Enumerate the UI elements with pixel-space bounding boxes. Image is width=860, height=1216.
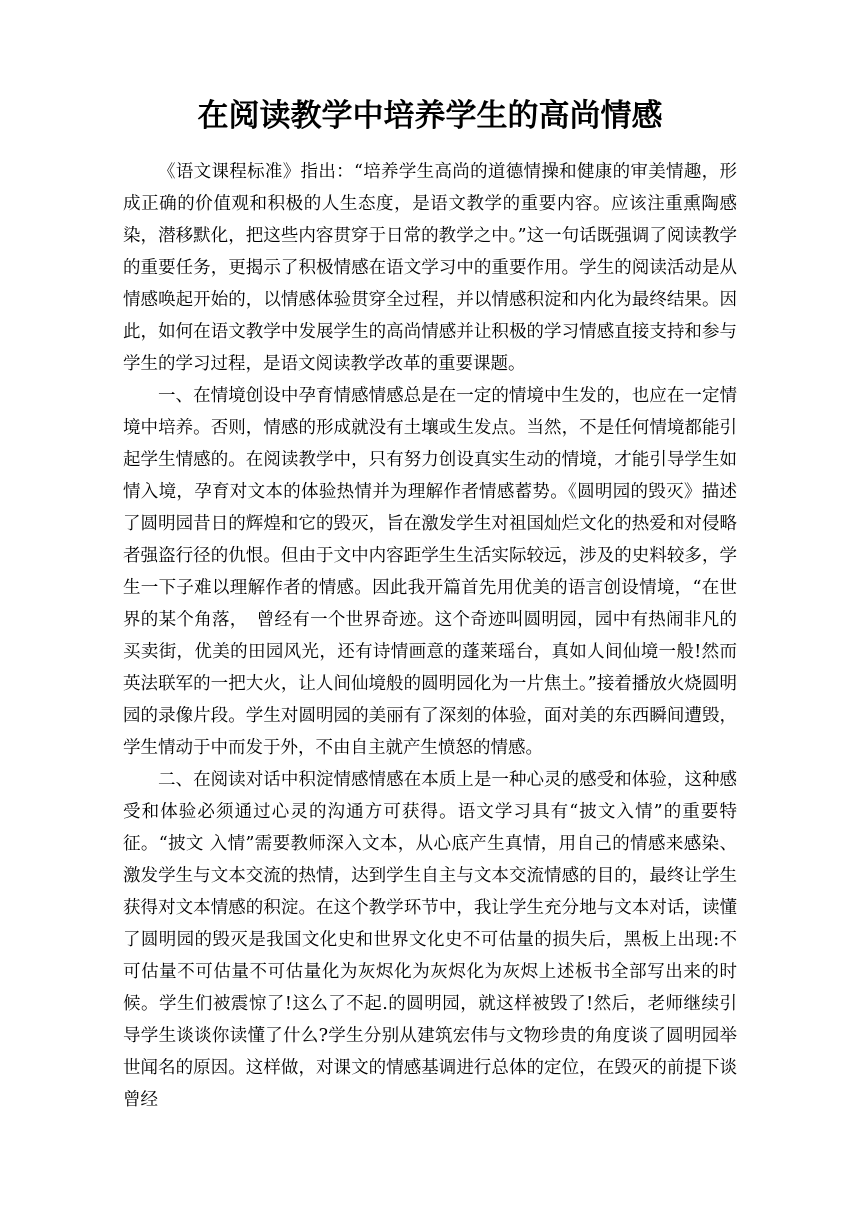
paragraph-intro: 《语文课程标准》指出：“培养学生高尚的道德情操和健康的审美情趣，形成正确的价值观… (123, 156, 737, 380)
document-page: 在阅读教学中培养学生的高尚情感 《语文课程标准》指出：“培养学生高尚的道德情操和… (0, 0, 860, 1216)
paragraph-section-one: 一、在情境创设中孕育情感情感总是在一定的情境中生发的，也应在一定情境中培养。否则… (123, 380, 737, 764)
paragraph-section-two: 二、在阅读对话中积淀情感情感在本质上是一种心灵的感受和体验，这种感受和体验必须通… (123, 764, 737, 1116)
document-body: 《语文课程标准》指出：“培养学生高尚的道德情操和健康的审美情趣，形成正确的价值观… (123, 156, 737, 1116)
document-title: 在阅读教学中培养学生的高尚情感 (123, 96, 737, 136)
